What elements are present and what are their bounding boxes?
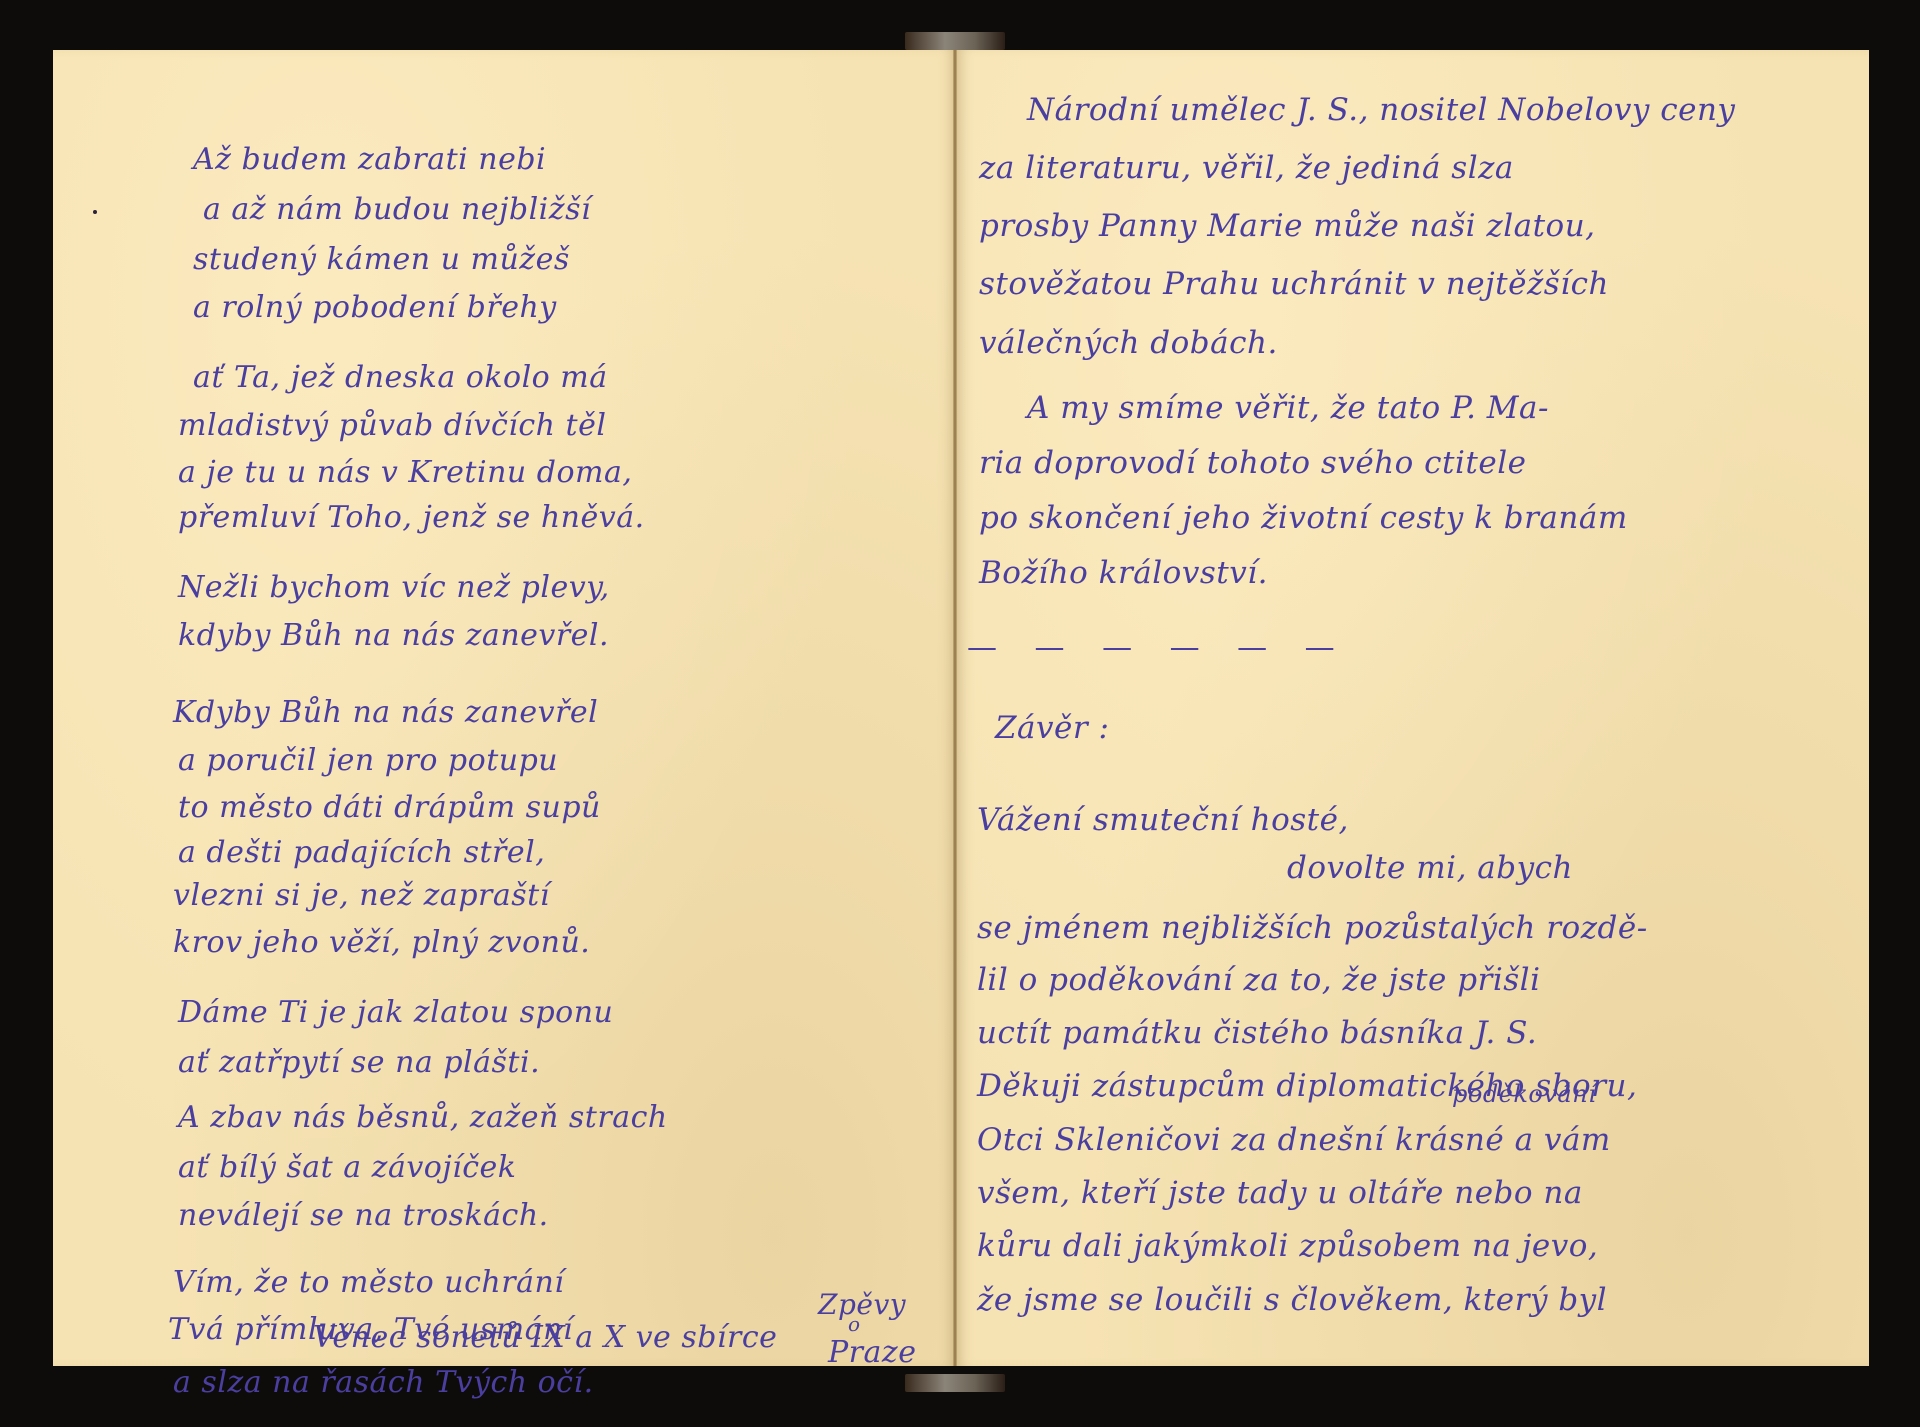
speech-line: kůru dali jakýmkoli způsobem na jevo, — [977, 1228, 1598, 1264]
poem-line: studený kámen u můžeš — [193, 242, 570, 277]
speech-line: Otci Skleničovi za dnešní krásné a vám — [977, 1122, 1611, 1158]
poem-line: A zbav nás běsnů, zažeň strach — [178, 1100, 668, 1135]
speech-line: ria doprovodí tohoto svého ctitele — [979, 445, 1526, 481]
caption-sub-o: o — [848, 1312, 861, 1336]
poem-line: Kdyby Bůh na nás zanevřel — [173, 695, 598, 730]
caption-main: Věnec sonetů IX a X ve sbírce — [313, 1320, 777, 1355]
poem-line: neválejí se na troskách. — [178, 1198, 549, 1233]
speech-line: že jsme se loučili s člověkem, který byl — [977, 1282, 1607, 1318]
salutation: Vážení smuteční hosté, — [977, 802, 1349, 838]
speech-line: stověžatou Prahu uchránit v nejtěžších — [979, 266, 1609, 302]
speech-line: uctít památku čistého básníka J. S. — [977, 1015, 1537, 1051]
poem-line: kdyby Bůh na nás zanevřel. — [178, 618, 609, 653]
poem-line: to město dáti drápům supů — [178, 790, 601, 825]
poem-line: a poručil jen pro potupu — [178, 743, 558, 778]
poem-line: Dáme Ti je jak zlatou sponu — [178, 995, 613, 1030]
speech-line: válečných dobách. — [979, 325, 1278, 361]
poem-line: a dešti padajících střel, — [178, 835, 545, 870]
poem-line: Až budem zabrati nebi — [193, 142, 546, 177]
poem-line: Vím, že to město uchrání — [173, 1265, 564, 1300]
poem-line: mladistvý půvab dívčích těl — [178, 408, 606, 443]
caption-superscript: Zpěvy — [818, 1288, 906, 1321]
speech-line: všem, kteří jste tady u oltáře nebo na — [977, 1175, 1583, 1211]
ink-dot — [93, 210, 97, 214]
speech-line: po skončení jeho životní cesty k branám — [979, 500, 1628, 536]
speech-line: prosby Panny Marie může naši zlatou, — [979, 208, 1596, 244]
speech-line: A my smíme věřit, že tato P. Ma- — [1027, 390, 1549, 426]
poem-line: Nežli bychom víc než plevy, — [178, 570, 610, 605]
binding-tab-top — [905, 32, 1005, 50]
speech-line: za literaturu, věřil, že jediná slza — [979, 150, 1514, 186]
section-heading: Závěr : — [995, 710, 1110, 746]
speech-line: dovolte mi, abych — [1287, 850, 1573, 886]
insertion-above: poděkování — [1452, 1080, 1596, 1108]
poem-line: ať zatřpytí se na plášti. — [178, 1045, 540, 1080]
poem-line: a je tu u nás v Kretinu doma, — [178, 455, 632, 490]
poem-line: a slza na řasách Tvých očí. — [173, 1365, 594, 1400]
poem-line: přemluví Toho, jenž se hněvá. — [178, 500, 645, 535]
source-caption: Věnec sonetů IX a X ve sbírce — [313, 1320, 777, 1355]
poem-line: vlezni si je, než zapraští — [173, 878, 550, 913]
poem-line: ať Ta, jež dneska okolo má — [193, 360, 608, 395]
caption-tail: Praze — [828, 1335, 916, 1370]
poem-line: ať bílý šat a závojíček — [178, 1150, 516, 1185]
poem-line: a rolný pobodení břehy — [193, 290, 557, 325]
speech-line: Národní umělec J. S., nositel Nobelovy c… — [1027, 92, 1735, 128]
poem-line: a až nám budou nejbližší — [203, 192, 591, 227]
speech-line: se jménem nejbližších pozůstalých rozdě- — [977, 910, 1648, 946]
binding-tab-bottom — [905, 1374, 1005, 1392]
speech-line: lil o poděkování za to, že jste přišli — [977, 962, 1541, 998]
left-page: Až budem zabrati nebi a až nám budou nej… — [53, 50, 955, 1366]
poem-line: krov jeho věží, plný zvonů. — [173, 925, 590, 960]
right-page: Národní umělec J. S., nositel Nobelovy c… — [957, 50, 1869, 1366]
section-separator: — — — — — — — [967, 630, 1349, 665]
speech-line: Božího království. — [979, 555, 1268, 591]
